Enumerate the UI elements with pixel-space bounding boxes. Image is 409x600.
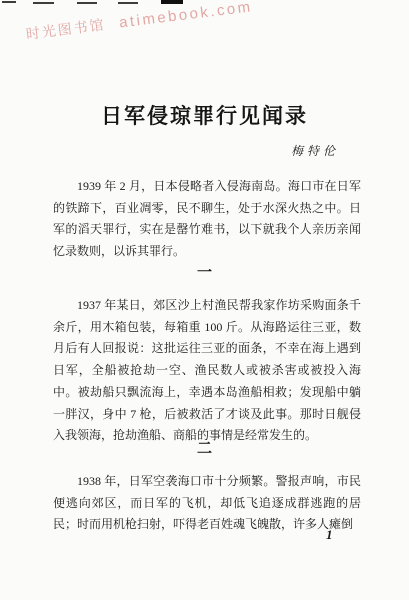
section-1-paragraph: 1937 年某日，郊区沙上村渔民帮我家作坊采购面条千余斤，用木箱包装，每箱重 1…: [53, 295, 361, 447]
scanned-page: 时光图书馆 atimebook.com 日军侵琼罪行见闻录 梅特伦 1939 年…: [0, 0, 409, 600]
torn-edge-mark: [118, 2, 138, 4]
article-title: 日军侵琼罪行见闻录: [0, 100, 409, 130]
page-number: 1: [326, 527, 333, 543]
watermark-chinese-text: 时光图书馆: [25, 16, 106, 42]
intro-paragraph: 1939 年 2 月，日本侵略者入侵海南岛。海口市在日军的铁蹄下，百业凋零，民不…: [53, 176, 361, 263]
torn-edge-mark: [161, 0, 183, 4]
section-marker-1: 一: [0, 261, 409, 282]
torn-edge-mark: [33, 2, 54, 4]
library-watermark: 时光图书馆 atimebook.com: [25, 0, 254, 44]
author-byline: 梅特伦: [291, 142, 339, 159]
watermark-domain-text: atimebook.com: [118, 0, 253, 31]
section-marker-2: 二: [0, 437, 409, 458]
section-2-paragraph: 1938 年，日军空袭海口市十分频繁。警报声响，市民便逃向郊区，而日军的飞机，却…: [53, 471, 361, 536]
torn-edge-mark: [77, 2, 97, 4]
torn-edge-mark: [2, 1, 16, 3]
